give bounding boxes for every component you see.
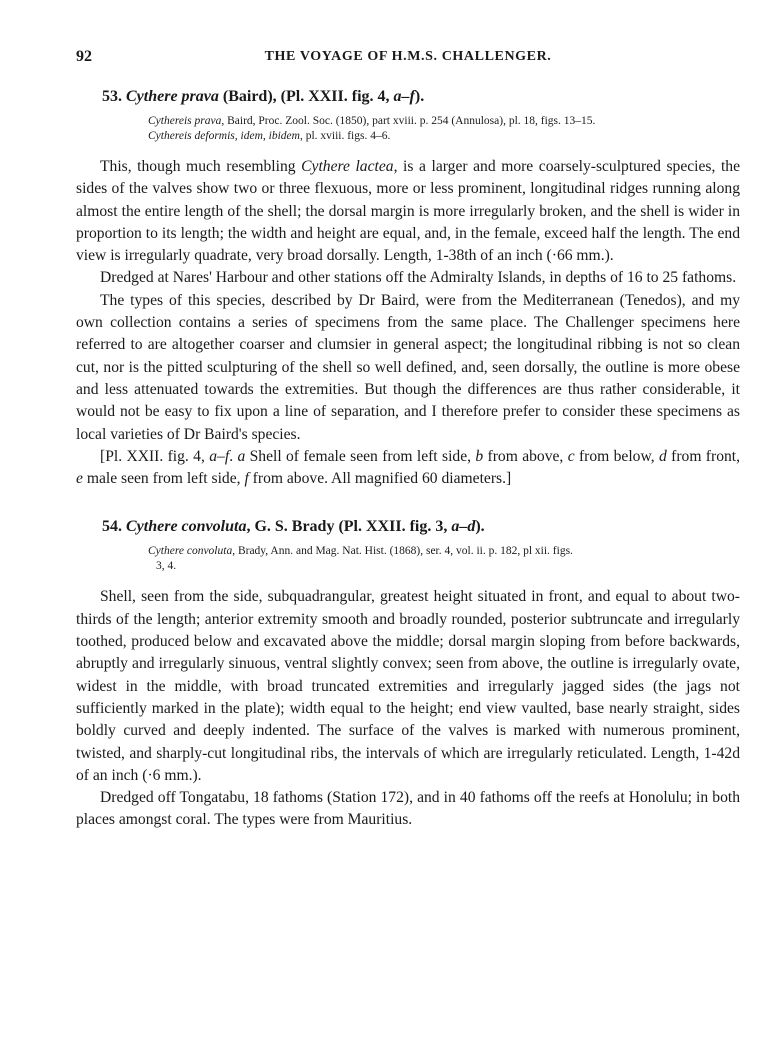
species-heading-53: 53. Cythere prava (Baird), (Pl. XXII. fi… — [76, 86, 740, 108]
description-54: Shell, seen from the side, subquadrangul… — [76, 586, 740, 831]
fig-letter: a–f — [209, 448, 229, 465]
heading-close: ). — [475, 518, 484, 535]
species-ref: Cythere lactea — [301, 158, 393, 175]
paragraph: Shell, seen from the side, subquadrangul… — [76, 586, 740, 787]
description-53: This, though much resembling Cythere lac… — [76, 156, 740, 490]
synonymy-entry: Cythereis prava, Baird, Proc. Zool. Soc.… — [148, 114, 740, 129]
paragraph: Dredged at Nares' Harbour and other stat… — [76, 267, 740, 289]
paragraph: The types of this species, described by … — [76, 290, 740, 446]
synonym-citation: , pl. xviii. figs. 4–6. — [300, 130, 390, 142]
species-number: 53. — [102, 88, 122, 105]
synonym-name: Cythere convoluta — [148, 545, 232, 557]
heading-close: ). — [415, 88, 424, 105]
species-authority: (Baird), (Pl. XXII. fig. 4, — [219, 88, 394, 105]
text: from above, — [483, 448, 568, 465]
fig-letter: e — [76, 470, 83, 487]
text: Shell of female seen from left side, — [245, 448, 475, 465]
synonymy-54: Cythere convoluta, Brady, Ann. and Mag. … — [148, 544, 740, 574]
synonymy-entry: Cythereis deformis, idem, ibidem, pl. xv… — [148, 129, 740, 144]
text: from front, — [667, 448, 740, 465]
synonymy-entry: Cythere convoluta, Brady, Ann. and Mag. … — [148, 544, 740, 559]
species-heading-54: 54. Cythere convoluta, G. S. Brady (Pl. … — [76, 516, 740, 538]
running-head: 92 THE VOYAGE OF H.M.S. CHALLENGER. — [76, 48, 740, 72]
text: This, though much resembling — [100, 158, 301, 175]
text: from above. All magnified 60 diameters.] — [249, 470, 511, 487]
page: 92 THE VOYAGE OF H.M.S. CHALLENGER. 53. … — [76, 48, 740, 832]
paragraph: Dredged off Tongatabu, 18 fathoms (Stati… — [76, 787, 740, 832]
text: [Pl. XXII. fig. 4, — [100, 448, 209, 465]
species-name: Cythere prava — [126, 88, 219, 105]
species-name: Cythere convoluta — [126, 518, 246, 535]
fig-letter: c — [568, 448, 575, 465]
synonym-citation: , Baird, Proc. Zool. Soc. (1850), part x… — [221, 115, 595, 127]
synonym-citation: , Brady, Ann. and Mag. Nat. Hist. (1868)… — [232, 545, 573, 557]
plate-caption: [Pl. XXII. fig. 4, a–f. a Shell of femal… — [76, 446, 740, 491]
running-title: THE VOYAGE OF H.M.S. CHALLENGER. — [76, 49, 740, 65]
synonymy-continuation: 3, 4. — [148, 559, 740, 574]
figure-range: a–d — [451, 518, 475, 535]
species-number: 54. — [102, 518, 122, 535]
paragraph: This, though much resembling Cythere lac… — [76, 156, 740, 267]
synonym-name: Cythereis deformis, idem, ibidem — [148, 130, 300, 142]
fig-letter: d — [659, 448, 667, 465]
text: from below, — [575, 448, 659, 465]
synonymy-53: Cythereis prava, Baird, Proc. Zool. Soc.… — [148, 114, 740, 144]
text: male seen from left side, — [83, 470, 245, 487]
synonym-name: Cythereis prava — [148, 115, 221, 127]
figure-range: a–f — [394, 88, 415, 105]
species-authority: , G. S. Brady (Pl. XXII. fig. 3, — [246, 518, 451, 535]
fig-letter: b — [475, 448, 483, 465]
